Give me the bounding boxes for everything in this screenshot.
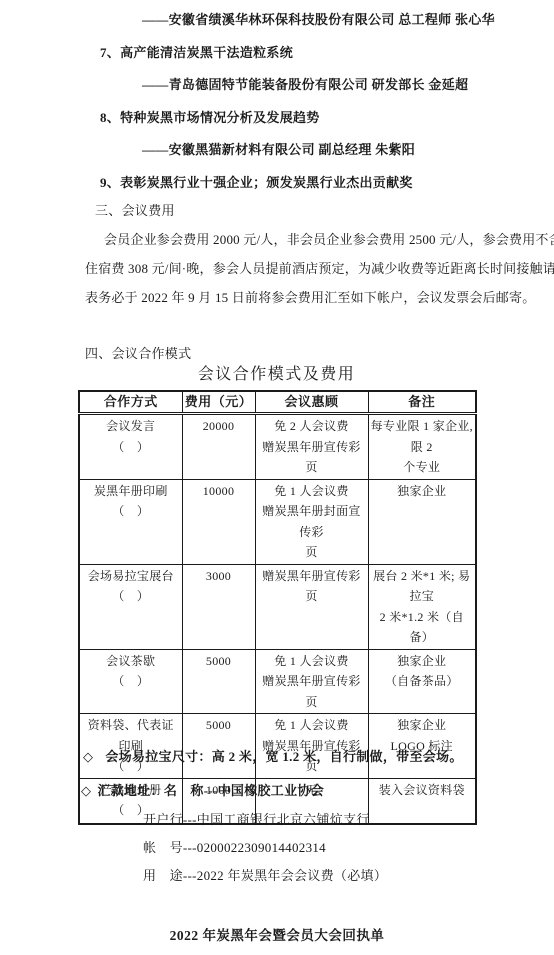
diamond-bullet-icon: ◇ (83, 742, 93, 772)
header-fee: 费用（元） (182, 391, 255, 414)
agenda-speaker-line: ——青岛德固特节能装备股份有限公司 研发部长 金延超 (0, 69, 554, 102)
fees-paragraph-line: 会员企业参会费用 2000 元/人，非会员企业参会费用 2500 元/人，参会费… (0, 225, 554, 254)
agenda-speaker-line: ——安徽省绩溪华林环保科技股份有限公司 总工程师 张心华 (0, 4, 554, 37)
mode-cell: 会议发言 （ ） (79, 414, 182, 480)
fee-cell: 10000 (182, 479, 255, 564)
fee-cell: 20000 (182, 414, 255, 480)
table-row: 会议发言 （ ） 20000 免 2 人会议费 赠炭黑年册宣传彩页 每专业限 1… (79, 414, 476, 480)
mode-cell: 会议茶歇 （ ） (79, 649, 182, 714)
benefit-cell: 免 2 人会议费 赠炭黑年册宣传彩页 (255, 414, 368, 480)
header-mode: 合作方式 (79, 391, 182, 414)
agenda-list: ——安徽省绩溪华林环保科技股份有限公司 总工程师 张心华 7、高产能清洁炭黑干法… (0, 4, 554, 200)
benefit-cell: 赠炭黑年册宣传彩页 (255, 564, 368, 649)
agenda-speaker-line: ——安徽黑猫新材料有限公司 副总经理 朱紫阳 (0, 134, 554, 167)
table-header-row: 合作方式 费用（元） 会议惠顾 备注 (79, 391, 476, 414)
payment-section: ◇会场易拉宝尺寸：高 2 米，宽 1.2 米，自行制做，带至会场。 ◇汇款地址：… (0, 742, 554, 890)
diamond-bullet-icon: ◇ (81, 776, 91, 806)
fee-cell: 3000 (182, 564, 255, 649)
note-cell: 展台 2 米*1 米; 易拉宝 2 米*1.2 米（自备） (368, 564, 476, 649)
header-note: 备注 (368, 391, 476, 414)
mode-cell: 会场易拉宝展台 （ ） (79, 564, 182, 649)
note-cell: 独家企业 （自备茶品） (368, 649, 476, 714)
payment-purpose-line: 用 途---2022 年炭黑年会会议费（必填） (0, 862, 554, 890)
mode-cell: 炭黑年册印刷 （ ） (79, 479, 182, 564)
table-title: 会议合作模式及费用 (78, 362, 475, 388)
table-row: 炭黑年册印刷 （ ） 10000 免 1 人会议费 赠炭黑年册封面宣传彩 页 独… (79, 479, 476, 564)
remit-address-line: ◇汇款地址：名 称---中国橡胶工业协会 (0, 776, 554, 806)
bank-branch-line: 开户行---中国工商银行北京六铺炕支行 (0, 806, 554, 834)
fees-heading: 三、会议费用 (0, 196, 554, 225)
benefit-cell: 免 1 人会议费 赠炭黑年册封面宣传彩 页 (255, 479, 368, 564)
header-benefit: 会议惠顾 (255, 391, 368, 414)
agenda-item-7: 7、高产能清洁炭黑干法造粒系统 (0, 37, 554, 70)
fees-paragraph-line: 住宿费 308 元/间·晚，参会人员提前酒店预定，为减少收费等近距离长时间接触请… (0, 254, 554, 283)
remit-address-text: 汇款地址：名 称---中国橡胶工业协会 (97, 783, 324, 798)
note-cell: 每专业限 1 家企业,限 2 个专业 (368, 414, 476, 480)
agenda-item-8: 8、特种炭黑市场情况分析及发展趋势 (0, 102, 554, 135)
benefit-cell: 免 1 人会议费 赠炭黑年册宣传彩页 (255, 649, 368, 714)
document-page: ——安徽省绩溪华林环保科技股份有限公司 总工程师 张心华 7、高产能清洁炭黑干法… (0, 0, 554, 955)
table-row: 会场易拉宝展台 （ ） 3000 赠炭黑年册宣传彩页 展台 2 米*1 米; 易… (79, 564, 476, 649)
receipt-form-title: 2022 年炭黑年会暨会员大会回执单 (0, 922, 554, 950)
agenda-item-9: 9、表彰炭黑行业十强企业；颁发炭黑行业杰出贡献奖 (0, 167, 554, 200)
fees-paragraph-line: 表务必于 2022 年 9 月 15 日前将参会费用汇至如下帐户，会议发票会后邮… (0, 283, 554, 312)
note-cell: 独家企业 (368, 479, 476, 564)
bank-account-line: 帐 号---0200022309014402314 (0, 834, 554, 862)
fees-section: 三、会议费用 会员企业参会费用 2000 元/人，非会员企业参会费用 2500 … (0, 196, 554, 313)
banner-size-line: ◇会场易拉宝尺寸：高 2 米，宽 1.2 米，自行制做，带至会场。 (0, 742, 554, 772)
table-row: 会议茶歇 （ ） 5000 免 1 人会议费 赠炭黑年册宣传彩页 独家企业 （自… (79, 649, 476, 714)
fee-cell: 5000 (182, 649, 255, 714)
banner-size-text: 会场易拉宝尺寸：高 2 米，宽 1.2 米，自行制做，带至会场。 (105, 749, 462, 764)
